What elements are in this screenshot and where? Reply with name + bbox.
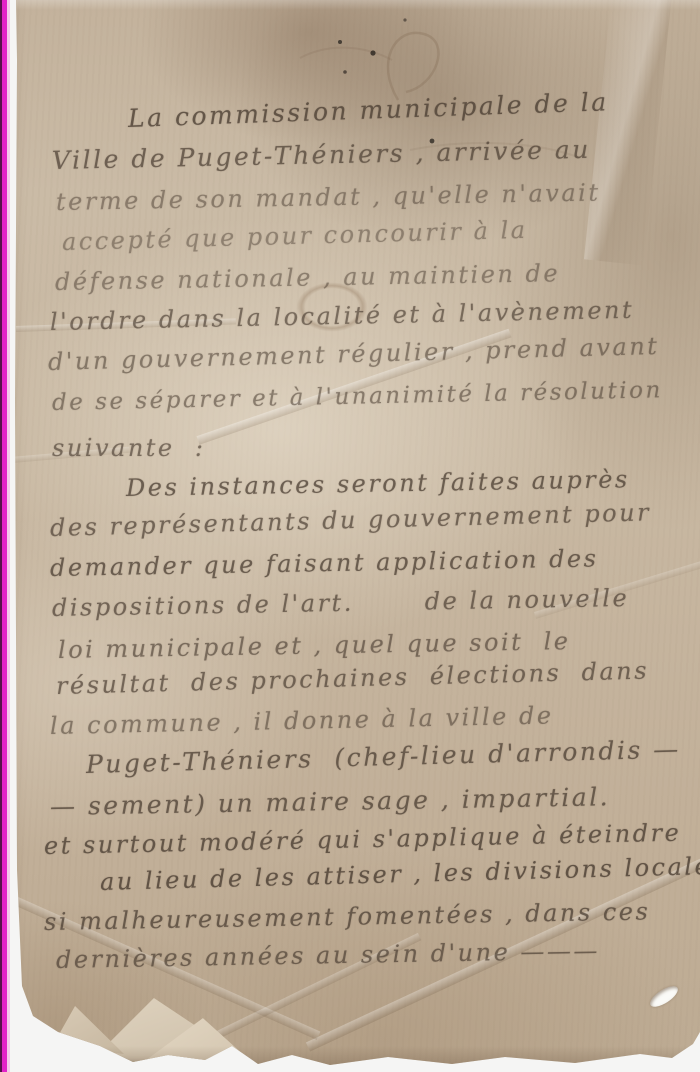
scanner-edge-pink-line <box>7 0 10 1072</box>
manuscript-page: La commission municipale de la Ville de … <box>0 0 700 1072</box>
manuscript-line: des représentants du gouvernement pour <box>50 498 652 542</box>
manuscript-line: défense nationale , au maintien de <box>55 259 561 296</box>
manuscript-line: Des instances seront faites auprès <box>126 465 630 502</box>
manuscript-line: dernières années au sein d'une ——— <box>56 937 600 974</box>
top-edge-highlight <box>0 0 700 10</box>
manuscript-line: d'un gouvernement régulier , prend avant <box>48 332 660 376</box>
manuscript-line: et surtout modéré qui s'applique à étein… <box>44 819 682 860</box>
punch-hole <box>647 982 681 1010</box>
torn-edge-shadow <box>0 1046 700 1072</box>
manuscript-line: Puget-Théniers (chef-lieu d'arrondis — <box>86 734 681 779</box>
manuscript-line: résultat des prochaines élections dans <box>56 656 650 700</box>
manuscript-line: suivante : <box>52 434 205 462</box>
manuscript-line: accepté que pour concourir à la <box>62 216 528 256</box>
manuscript-line: demander que faisant application des <box>50 544 599 582</box>
manuscript-line: de se séparer et à l'unanimité la résolu… <box>52 377 663 416</box>
scanned-document: La commission municipale de la Ville de … <box>0 0 700 1072</box>
manuscript-line: la commune , il donne à la ville de <box>50 701 554 740</box>
manuscript-line: — sement) un maire sage , impartial. <box>50 782 611 821</box>
manuscript-line: loi municipale et , quel que soit le <box>58 627 571 664</box>
manuscript-line: au lieu de les attiser , les divisions l… <box>100 851 700 896</box>
